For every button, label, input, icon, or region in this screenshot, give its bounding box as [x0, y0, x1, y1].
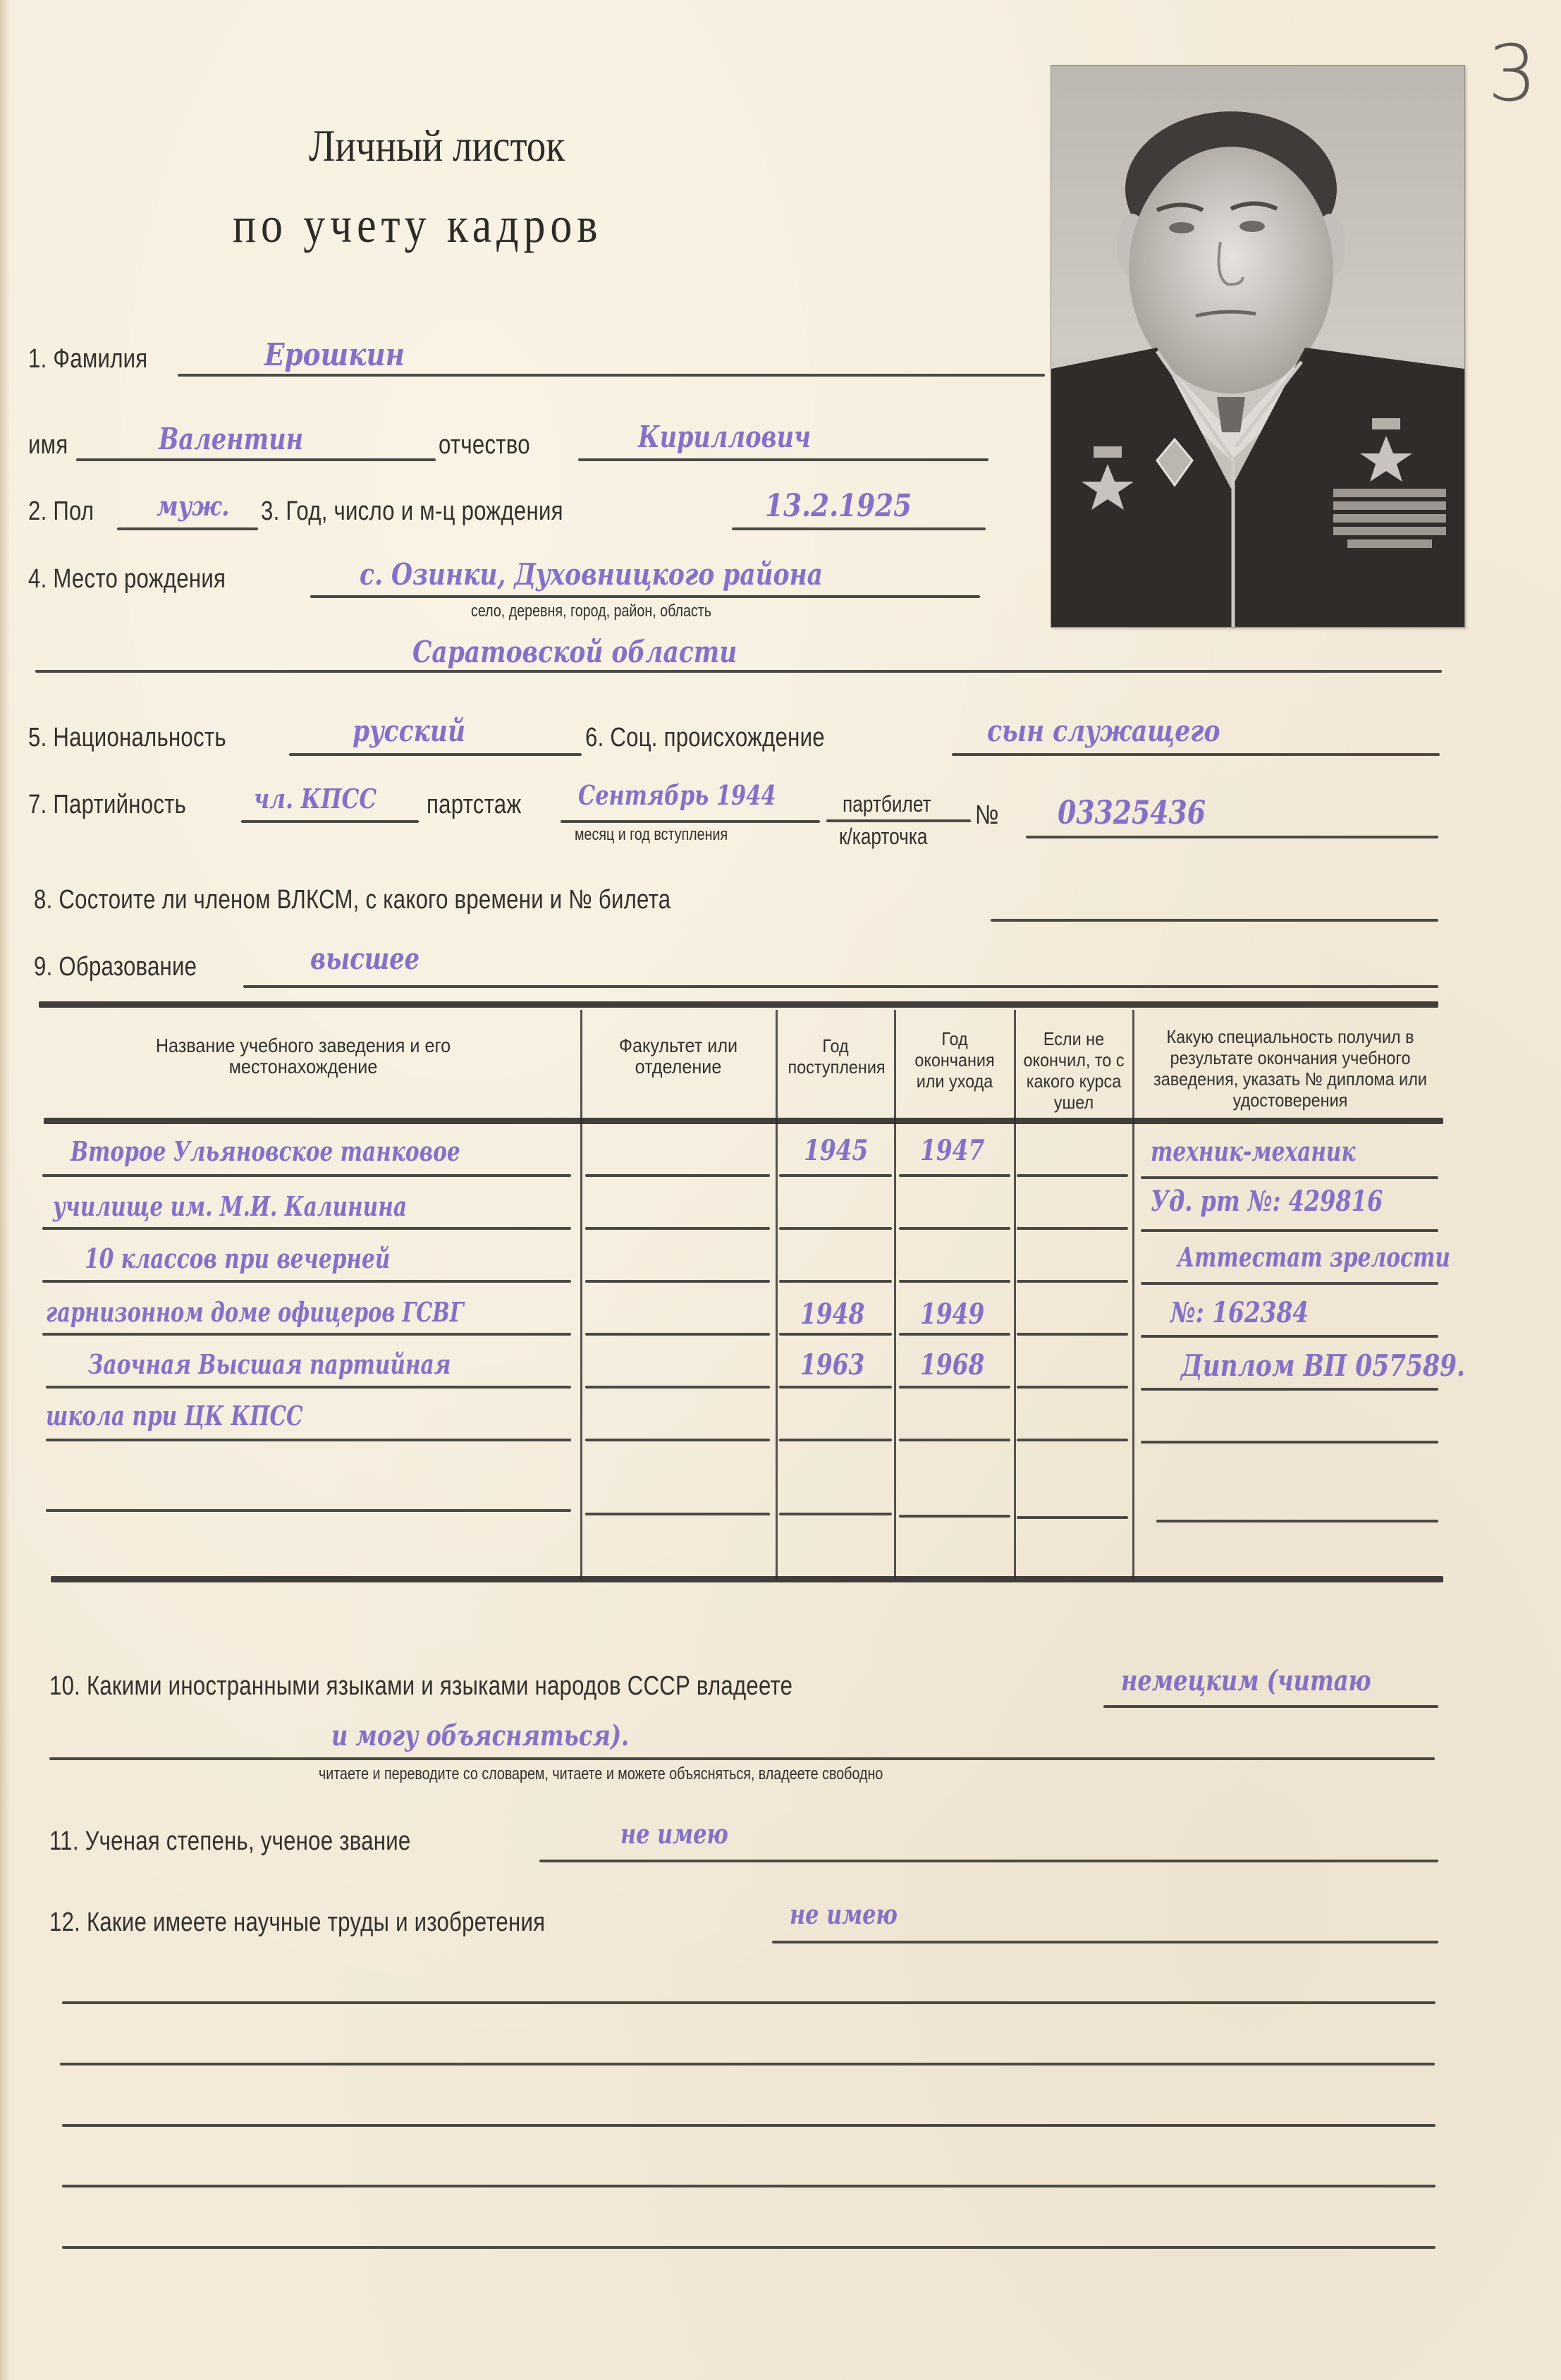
table-col-divider-4 — [1014, 1010, 1016, 1580]
languages-field-line1[interactable]: немецким (читаю — [1121, 1664, 1371, 1697]
party-underline — [241, 820, 419, 823]
surname-field[interactable]: Ерошкин — [264, 337, 405, 373]
social-origin-field[interactable]: сын служащего — [987, 714, 1220, 748]
portrait-image-icon — [1051, 66, 1464, 627]
party-field[interactable]: чл. КПСС — [254, 783, 377, 814]
education-label: 9. Образование — [34, 952, 197, 982]
party-card-underline — [1026, 836, 1438, 838]
birthplace-underline-2 — [35, 670, 1442, 673]
table-cell-institution[interactable]: 10 классов при вечерней — [85, 1243, 390, 1274]
birthplace-field-line2[interactable]: Саратовской области — [412, 635, 737, 669]
patronymic-field[interactable]: Кириллович — [638, 420, 811, 454]
birthplace-hint: село, деревня, город, район, область — [471, 602, 711, 621]
degree-underline — [539, 1860, 1438, 1862]
languages-label: 10. Какими иностранными языками и языкам… — [49, 1671, 792, 1702]
works-label: 12. Какие имеете научные труды и изобрет… — [49, 1908, 545, 1938]
table-cell-institution[interactable]: гарнизонном доме офицеров ГСВГ — [46, 1296, 464, 1328]
table-col-divider-3 — [894, 1010, 896, 1580]
birth-date-label: 3. Год, число и м-ц рождения — [261, 496, 563, 527]
sex-label: 2. Пол — [28, 496, 94, 527]
party-card-label-bottom: к/карточка — [839, 824, 927, 850]
name-field[interactable]: Валентин — [159, 422, 303, 456]
table-cell-start-year[interactable]: 1945 — [804, 1134, 868, 1167]
degree-field[interactable]: не имею — [620, 1818, 728, 1850]
party-card-number-field[interactable]: 03325436 — [1058, 793, 1206, 831]
education-underline — [243, 985, 1438, 988]
table-header-bottom-border — [44, 1118, 1443, 1124]
degree-label: 11. Ученая степень, ученое звание — [49, 1826, 410, 1857]
birth-date-field[interactable]: 13.2.1925 — [765, 488, 912, 524]
social-origin-underline — [952, 753, 1440, 756]
table-cell-specialty[interactable]: техник-механик — [1151, 1135, 1356, 1167]
surname-underline — [178, 374, 1045, 377]
portrait-photo — [1051, 65, 1465, 628]
birthplace-field-line1[interactable]: с. Озинки, Духовницкого района — [360, 557, 823, 592]
table-header-institution: Название учебного заведения и его местон… — [113, 1035, 494, 1078]
blank-line[interactable] — [62, 2185, 1435, 2187]
surname-label: 1. Фамилия — [28, 344, 147, 374]
table-cell-end-year[interactable]: 1949 — [920, 1298, 984, 1331]
party-tenure-field[interactable]: Сентябрь 1944 — [578, 779, 776, 811]
blank-line[interactable] — [62, 2124, 1435, 2127]
table-cell-specialty[interactable]: Аттестат зрелости — [1177, 1241, 1450, 1273]
table-header-start-year: Год поступления — [788, 1035, 883, 1078]
table-top-border — [39, 1001, 1438, 1008]
komsomol-label: 8. Состоите ли членом ВЛКСМ, с какого вр… — [34, 885, 671, 915]
table-col-divider-5 — [1132, 1010, 1134, 1580]
table-cell-end-year[interactable]: 1968 — [920, 1348, 984, 1381]
party-card-label-divider — [826, 819, 971, 822]
works-field[interactable]: не имею — [790, 1898, 898, 1930]
sex-field[interactable]: муж. — [157, 490, 229, 522]
name-underline — [76, 458, 436, 461]
table-cell-institution[interactable]: училище им. М.И. Калинина — [53, 1190, 407, 1222]
number-sign: № — [975, 800, 999, 831]
table-cell-institution[interactable]: Второе Ульяновское танковое — [71, 1135, 460, 1167]
name-label: имя — [28, 430, 68, 460]
table-cell-specialty[interactable]: Диплом ВП 057589. — [1181, 1348, 1465, 1383]
blank-line[interactable] — [62, 2246, 1435, 2249]
blank-line[interactable] — [60, 2063, 1435, 2065]
party-tenure-underline — [561, 820, 820, 823]
table-col-divider-2 — [776, 1010, 778, 1580]
table-header-left-course: Если не окончил, то с какого курса ушел — [1022, 1028, 1125, 1113]
page-number: 3 — [1488, 28, 1537, 118]
languages-underline — [1103, 1705, 1438, 1708]
page-edge-shadow — [0, 0, 10, 2380]
table-cell-specialty[interactable]: Уд. рт №: 429816 — [1151, 1185, 1383, 1218]
languages-underline-2 — [49, 1757, 1435, 1760]
party-label: 7. Партийность — [28, 790, 186, 820]
party-tenure-label: партстаж — [427, 790, 521, 820]
table-cell-end-year[interactable]: 1947 — [920, 1134, 984, 1167]
party-card-label-top: партбилет — [843, 791, 931, 817]
document-title-line1: Личный листок — [309, 120, 565, 172]
blank-line[interactable] — [62, 2001, 1435, 2004]
birthplace-underline — [310, 595, 980, 598]
table-cell-start-year[interactable]: 1948 — [800, 1298, 864, 1331]
birthplace-label: 4. Место рождения — [28, 564, 226, 594]
works-underline — [772, 1941, 1438, 1943]
birth-date-underline — [732, 527, 986, 530]
languages-hint: читаете и переводите со словарем, читает… — [319, 1764, 883, 1784]
table-col-divider-1 — [580, 1010, 582, 1580]
patronymic-underline — [578, 458, 988, 461]
table-cell-specialty[interactable]: №: 162384 — [1170, 1296, 1309, 1329]
document-title-line2: по учету кадров — [233, 196, 602, 255]
table-cell-institution[interactable]: школа при ЦК КПСС — [46, 1400, 303, 1432]
table-header-faculty: Факультет или отделение — [593, 1035, 763, 1078]
table-bottom-border — [51, 1576, 1443, 1582]
social-origin-label: 6. Соц. происхождение — [585, 723, 825, 753]
table-cell-institution[interactable]: Заочная Высшая партийная — [88, 1348, 451, 1380]
patronymic-label: отчество — [439, 430, 530, 460]
nationality-label: 5. Национальность — [28, 723, 226, 753]
languages-field-line2[interactable]: и могу объясняться). — [331, 1719, 629, 1752]
table-cell-start-year[interactable]: 1963 — [800, 1348, 864, 1381]
table-header-end-year: Год окончания или ухода — [904, 1028, 1005, 1092]
party-tenure-hint: месяц и год вступления — [575, 825, 728, 845]
education-field[interactable]: высшее — [310, 941, 420, 976]
komsomol-underline — [991, 919, 1438, 922]
table-header-specialty: Какую специальность получил в результате… — [1151, 1026, 1430, 1111]
nationality-field[interactable]: русский — [353, 714, 465, 748]
nationality-underline — [289, 753, 582, 756]
sex-underline — [117, 527, 258, 530]
